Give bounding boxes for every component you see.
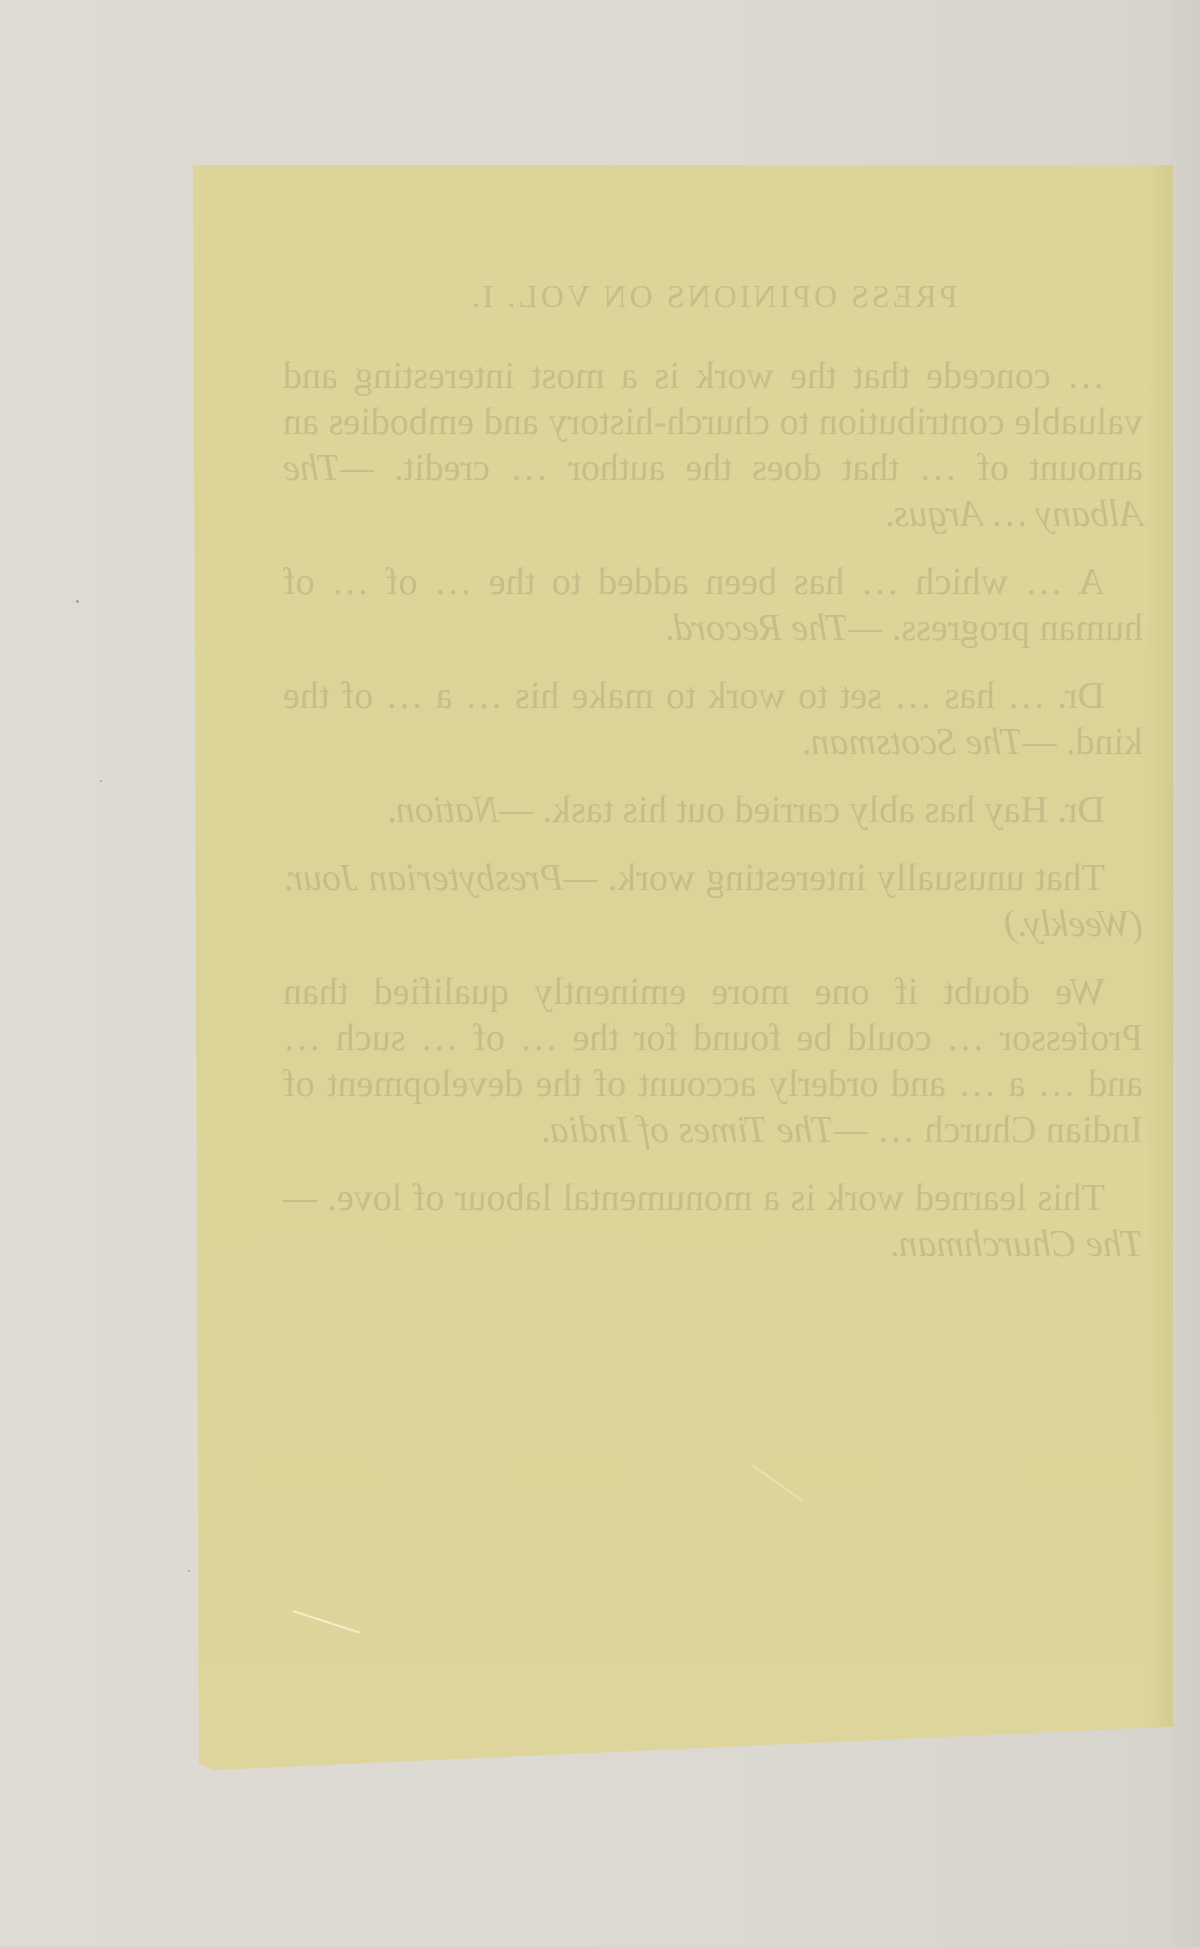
- scan-right-margin-strip: [1170, 0, 1200, 1947]
- bleed-quote: … concede that the work is a most intere…: [283, 353, 1143, 537]
- bleed-quote: We doubt if one more eminently qualified…: [283, 969, 1143, 1153]
- bleed-quote: Dr. … has … set to work to make his … a …: [283, 673, 1143, 765]
- bleed-through-text: PRESS OPINIONS ON VOL. I. … concede that…: [193, 165, 1173, 1770]
- paper-page: PRESS OPINIONS ON VOL. I. … concede that…: [193, 165, 1173, 1770]
- dust-speck: [100, 780, 102, 782]
- bleed-heading: PRESS OPINIONS ON VOL. I.: [283, 273, 1143, 319]
- bleed-quote: This learned work is a monumental labour…: [283, 1175, 1143, 1267]
- bleed-quote: A … which … has been added to the … of ……: [283, 559, 1143, 651]
- bleed-quote: That unusually interesting work. —Presby…: [283, 855, 1143, 947]
- dust-speck: [76, 600, 79, 603]
- dust-speck: [188, 1570, 190, 1572]
- bleed-quote: Dr. Hay has ably carried out his task. —…: [283, 787, 1143, 833]
